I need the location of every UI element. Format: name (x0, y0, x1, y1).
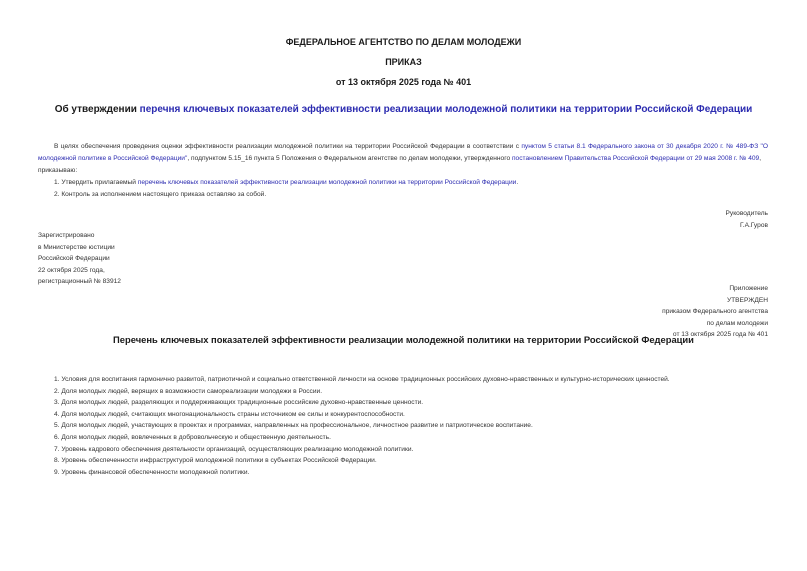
order-item-2: 2. Контроль за исполнением настоящего пр… (38, 189, 768, 201)
order-item-1-suffix: . (516, 179, 518, 186)
list-item: 8. Уровень обеспеченности инфраструктуро… (38, 455, 778, 467)
list-item: 5. Доля молодых людей, участвующих в про… (38, 420, 778, 432)
order-title-link[interactable]: перечня ключевых показателей эффективнос… (140, 104, 753, 115)
signature-name: Г.А.Гуров (726, 220, 768, 232)
agency-name: ФЕДЕРАЛЬНОЕ АГЕНТСТВО ПО ДЕЛАМ МОЛОДЕЖИ (0, 37, 807, 47)
doc-type: ПРИКАЗ (0, 57, 807, 67)
order-item-1-prefix: 1. Утвердить прилагаемый (54, 179, 138, 186)
appendix-stamp-line: УТВЕРЖДЕН (662, 295, 768, 307)
list-item: 3. Доля молодых людей, разделяющих и под… (38, 397, 778, 409)
preamble-paragraph: В целях обеспечения проведения оценки эф… (38, 141, 768, 165)
preamble-text-1: В целях обеспечения проведения оценки эф… (54, 143, 521, 150)
order-item-1-link[interactable]: перечень ключевых показателей эффективно… (138, 179, 517, 186)
order-word: приказываю: (38, 165, 768, 177)
doc-date-number: от 13 октября 2025 года № 401 (0, 77, 807, 87)
registration-line: Российской Федерации (38, 253, 121, 265)
document-page: ФЕДЕРАЛЬНОЕ АГЕНТСТВО ПО ДЕЛАМ МОЛОДЕЖИ … (0, 0, 807, 571)
appendix-stamp-line: приказом Федерального агентства (662, 306, 768, 318)
registration-line: в Министерстве юстиции (38, 242, 121, 254)
list-item: 4. Доля молодых людей, считающих многона… (38, 409, 778, 421)
preamble-text-3: , (759, 155, 761, 162)
list-item: 1. Условия для воспитания гармонично раз… (38, 374, 778, 386)
order-title-prefix: Об утверждении (55, 104, 140, 115)
indicator-list: 1. Условия для воспитания гармонично раз… (38, 374, 778, 478)
registration-line: регистрационный № 83912 (38, 276, 121, 288)
appendix-stamp-line: по делам молодежи (662, 318, 768, 330)
registration-block: Зарегистрировано в Министерстве юстиции … (38, 230, 121, 288)
appendix-stamp-line: Приложение (662, 283, 768, 295)
list-item: 6. Доля молодых людей, вовлеченных в доб… (38, 432, 778, 444)
list-item: 9. Уровень финансовой обеспеченности мол… (38, 467, 778, 479)
order-item-1: 1. Утвердить прилагаемый перечень ключев… (38, 177, 768, 189)
registration-line: 22 октября 2025 года, (38, 265, 121, 277)
list-item: 2. Доля молодых людей, верящих в возможн… (38, 386, 778, 398)
preamble: В целях обеспечения проведения оценки эф… (38, 141, 768, 201)
signature-block: Руководитель Г.А.Гуров (726, 208, 768, 231)
signature-position: Руководитель (726, 208, 768, 220)
list-item: 7. Уровень кадрового обеспечения деятель… (38, 444, 778, 456)
preamble-text-2: , подпунктом 5.15_16 пункта 5 Положения … (187, 155, 512, 162)
appendix-title: Перечень ключевых показателей эффективно… (0, 334, 807, 345)
appendix-stamp: Приложение УТВЕРЖДЕН приказом Федерально… (662, 283, 768, 341)
order-title: Об утверждении перечня ключевых показате… (0, 104, 807, 115)
registration-line: Зарегистрировано (38, 230, 121, 242)
government-decree-link[interactable]: постановлением Правительства Российской … (512, 155, 759, 162)
